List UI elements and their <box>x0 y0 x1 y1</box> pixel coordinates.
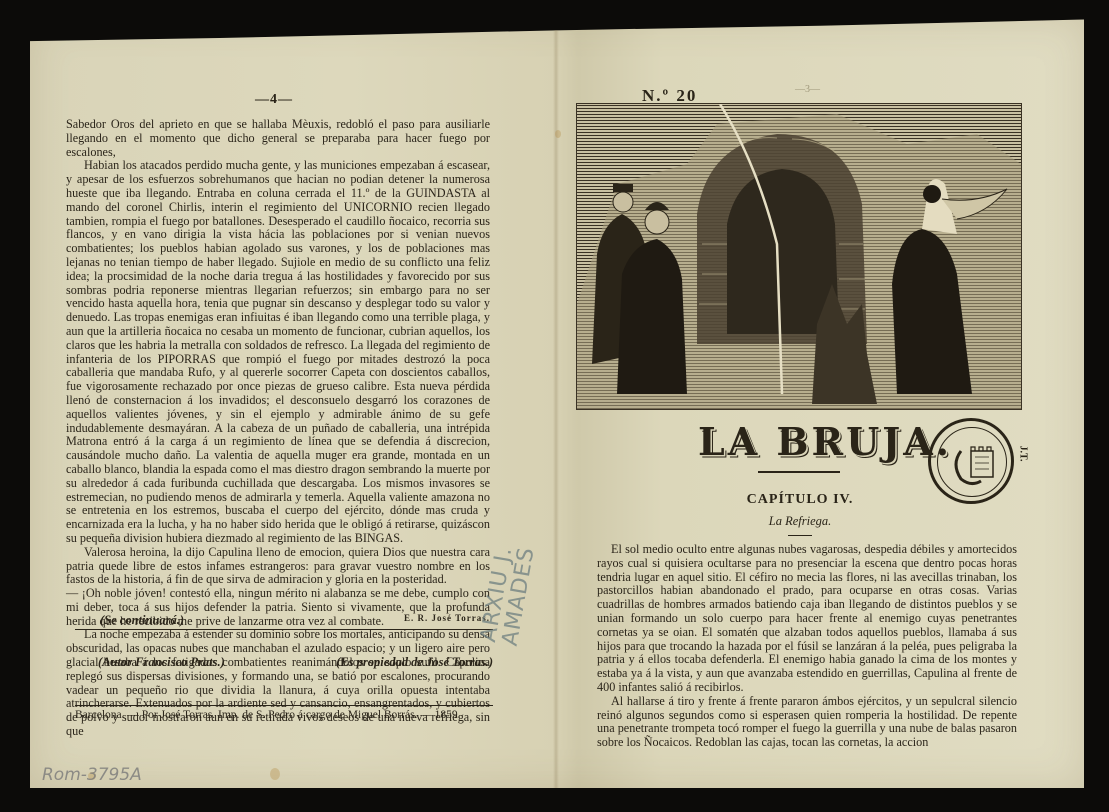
page-number: —4— <box>255 92 293 108</box>
editor-signature: E. R. José Torras. <box>404 613 490 628</box>
footer-rule <box>75 705 493 706</box>
seal-tower-icon <box>931 421 1017 507</box>
printer-imprint: Barcelona. — Por José Torras. Imp. de S.… <box>75 709 495 721</box>
paper-stain <box>555 130 561 138</box>
masthead-rule <box>758 471 840 473</box>
paragraph: Valerosa heroina, la dijo Capulina lleno… <box>66 546 490 587</box>
property-credit: (Es propiedad de José Torras.) <box>336 655 493 670</box>
left-column-text: Sabedor Oros del aprieto en que se halla… <box>66 118 490 739</box>
credits-row: (Autor Francisco Prats.) (Es propiedad d… <box>98 655 493 670</box>
continuation-row: (Se continuará.) E. R. José Torras. <box>100 613 490 628</box>
woodcut-scene-icon <box>577 104 1021 409</box>
shelfmark: Rom-3795A <box>42 765 142 785</box>
author-credit: (Autor Francisco Prats.) <box>98 655 225 670</box>
paragraph: Habian los atacados perdido mucha gente,… <box>66 159 490 545</box>
right-column-text: El sol medio oculto entre algunas nubes … <box>597 543 1017 750</box>
continued-label: (Se continuará.) <box>100 613 184 628</box>
paragraph: Al hallarse á tiro y frente á frente par… <box>597 695 1017 750</box>
seal-initials: J.T. <box>1017 446 1028 462</box>
chapter-title: La Refriega. <box>745 514 855 529</box>
paper-stain <box>270 768 280 780</box>
masthead-title: LA BRUJA. <box>698 419 952 464</box>
center-fold <box>553 30 559 788</box>
woodcut-illustration <box>576 103 1022 410</box>
paragraph: El sol medio oculto entre algunas nubes … <box>597 543 1017 695</box>
paragraph: Sabedor Oros del aprieto en que se halla… <box>66 118 490 159</box>
chapter-rule <box>788 535 812 536</box>
chapter-heading: CAPÍTULO IV. <box>745 492 855 508</box>
page-mark: —3— <box>795 84 820 95</box>
paragraph: La noche empezaba á estender su dominio … <box>66 628 490 738</box>
divider-rule <box>75 629 493 630</box>
publisher-seal <box>928 418 1014 504</box>
